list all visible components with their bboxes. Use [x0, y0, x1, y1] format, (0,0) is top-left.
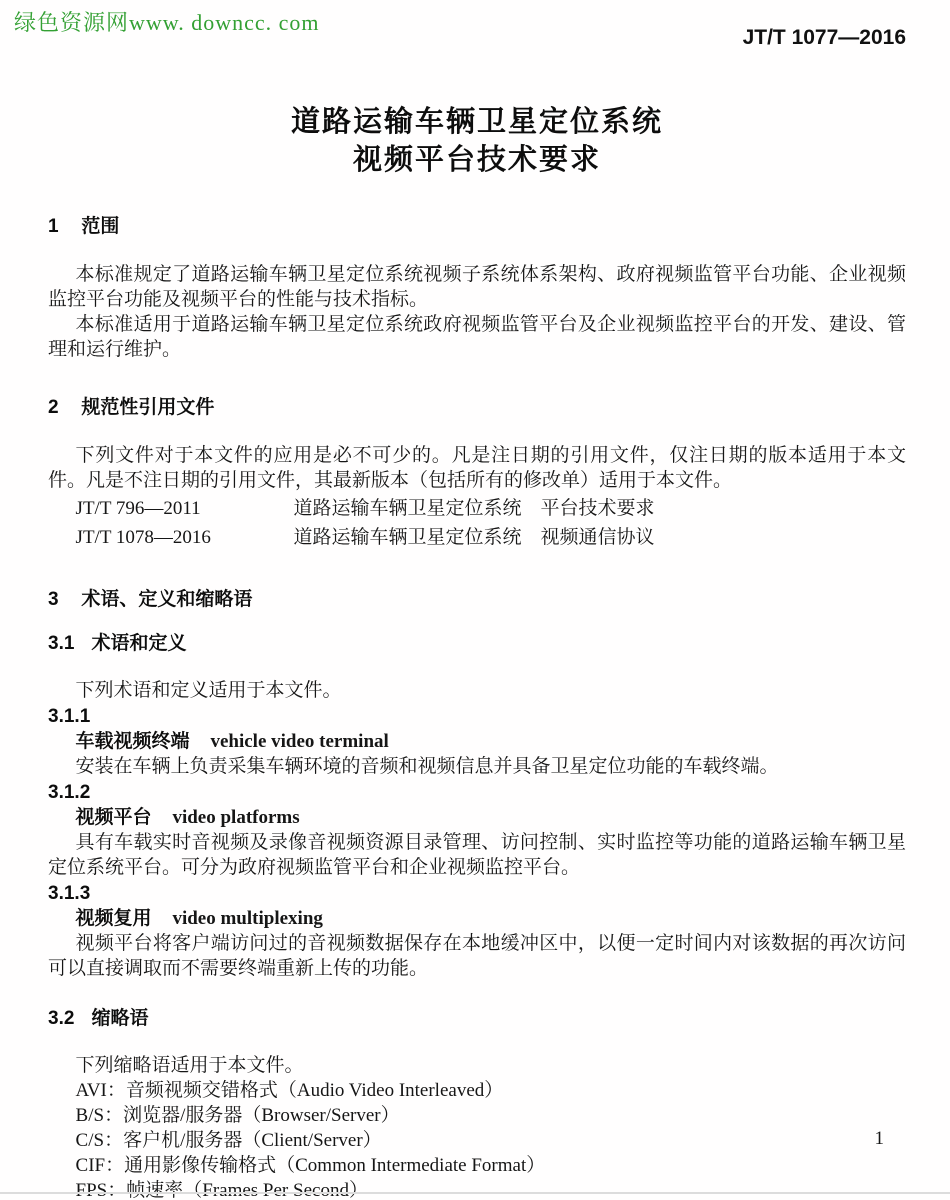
section-2-heading: 2规范性引用文件: [48, 396, 906, 419]
section-1-heading: 1范围: [48, 215, 906, 238]
bottom-scan-edge: [0, 1192, 950, 1194]
section-3-heading: 3术语、定义和缩略语: [48, 588, 906, 611]
term-number: 3.1.2: [48, 781, 906, 805]
reference-code: JT/T 1078—2016: [76, 525, 294, 551]
section-3-1-heading: 3.1术语和定义: [48, 632, 906, 655]
reference-title: 道路运输车辆卫星定位系统 视频通信协议: [294, 527, 655, 548]
term-chinese: 车载视频终端: [76, 731, 190, 752]
terms-intro: 下列术语和定义适用于本文件。: [48, 678, 906, 703]
section-1-paragraph-2: 本标准适用于道路运输车辆卫星定位系统政府视频监管平台及企业视频监控平台的开发、建…: [48, 312, 906, 362]
term-number: 3.1.3: [48, 882, 906, 906]
section-3-number: 3: [48, 588, 59, 611]
abbreviation-item: FPS：帧速率（Frames Per Second）: [48, 1178, 906, 1200]
section-1-title: 范围: [81, 216, 119, 237]
section-3-2-title: 缩略语: [92, 1008, 149, 1029]
normative-reference: JT/T 1078—2016道路运输车辆卫星定位系统 视频通信协议: [48, 525, 906, 551]
term-line: 视频复用video multiplexing: [48, 907, 906, 931]
term-definition: 具有车载实时音视频及录像音视频资源目录管理、访问控制、实时监控等功能的道路运输车…: [48, 830, 906, 880]
page-number: 1: [875, 1128, 885, 1150]
term-chinese: 视频平台: [76, 807, 152, 828]
page-content: 道路运输车辆卫星定位系统 视频平台技术要求 1范围 本标准规定了道路运输车辆卫星…: [48, 0, 906, 1200]
term-english: video platforms: [172, 807, 299, 828]
reference-title: 道路运输车辆卫星定位系统 平台技术要求: [294, 498, 655, 519]
section-3-title: 术语、定义和缩略语: [81, 589, 252, 610]
term-english: video multiplexing: [172, 908, 322, 929]
section-3-1-title: 术语和定义: [92, 633, 187, 654]
reference-code: JT/T 796—2011: [76, 496, 294, 522]
section-1-paragraph-1: 本标准规定了道路运输车辆卫星定位系统视频子系统体系架构、政府视频监管平台功能、企…: [48, 262, 906, 312]
section-3-2-number: 3.2: [48, 1007, 74, 1030]
section-2-paragraph-1: 下列文件对于本文件的应用是必不可少的。凡是注日期的引用文件，仅注日期的版本适用于…: [48, 443, 906, 493]
document-title-line1: 道路运输车辆卫星定位系统: [48, 103, 906, 141]
abbreviation-item: B/S：浏览器/服务器（Browser/Server）: [48, 1103, 906, 1128]
term-line: 视频平台video platforms: [48, 806, 906, 830]
abbreviations-intro: 下列缩略语适用于本文件。: [48, 1053, 906, 1078]
document-title-line2: 视频平台技术要求: [48, 141, 906, 179]
normative-reference: JT/T 796—2011道路运输车辆卫星定位系统 平台技术要求: [48, 496, 906, 522]
section-3-2-heading: 3.2缩略语: [48, 1007, 906, 1030]
term-definition: 安装在车辆上负责采集车辆环境的音频和视频信息并具备卫星定位功能的车载终端。: [48, 754, 906, 779]
abbreviation-item: C/S：客户机/服务器（Client/Server）: [48, 1128, 906, 1153]
section-2-number: 2: [48, 396, 59, 419]
term-number: 3.1.1: [48, 705, 906, 729]
abbreviation-item: CIF：通用影像传输格式（Common Intermediate Format）: [48, 1153, 906, 1178]
section-3-1-number: 3.1: [48, 632, 74, 655]
term-english: vehicle video terminal: [210, 731, 388, 752]
term-definition: 视频平台将客户端访问过的音视频数据保存在本地缓冲区中，以便一定时间内对该数据的再…: [48, 931, 906, 981]
section-1-number: 1: [48, 215, 59, 238]
term-line: 车载视频终端vehicle video terminal: [48, 730, 906, 754]
document-page: 绿色资源网www. downcc. com JT/T 1077—2016 道路运…: [0, 0, 950, 1200]
term-chinese: 视频复用: [76, 908, 152, 929]
abbreviation-item: AVI：音频视频交错格式（Audio Video Interleaved）: [48, 1078, 906, 1103]
section-2-title: 规范性引用文件: [81, 397, 214, 418]
document-title: 道路运输车辆卫星定位系统 视频平台技术要求: [48, 103, 906, 179]
